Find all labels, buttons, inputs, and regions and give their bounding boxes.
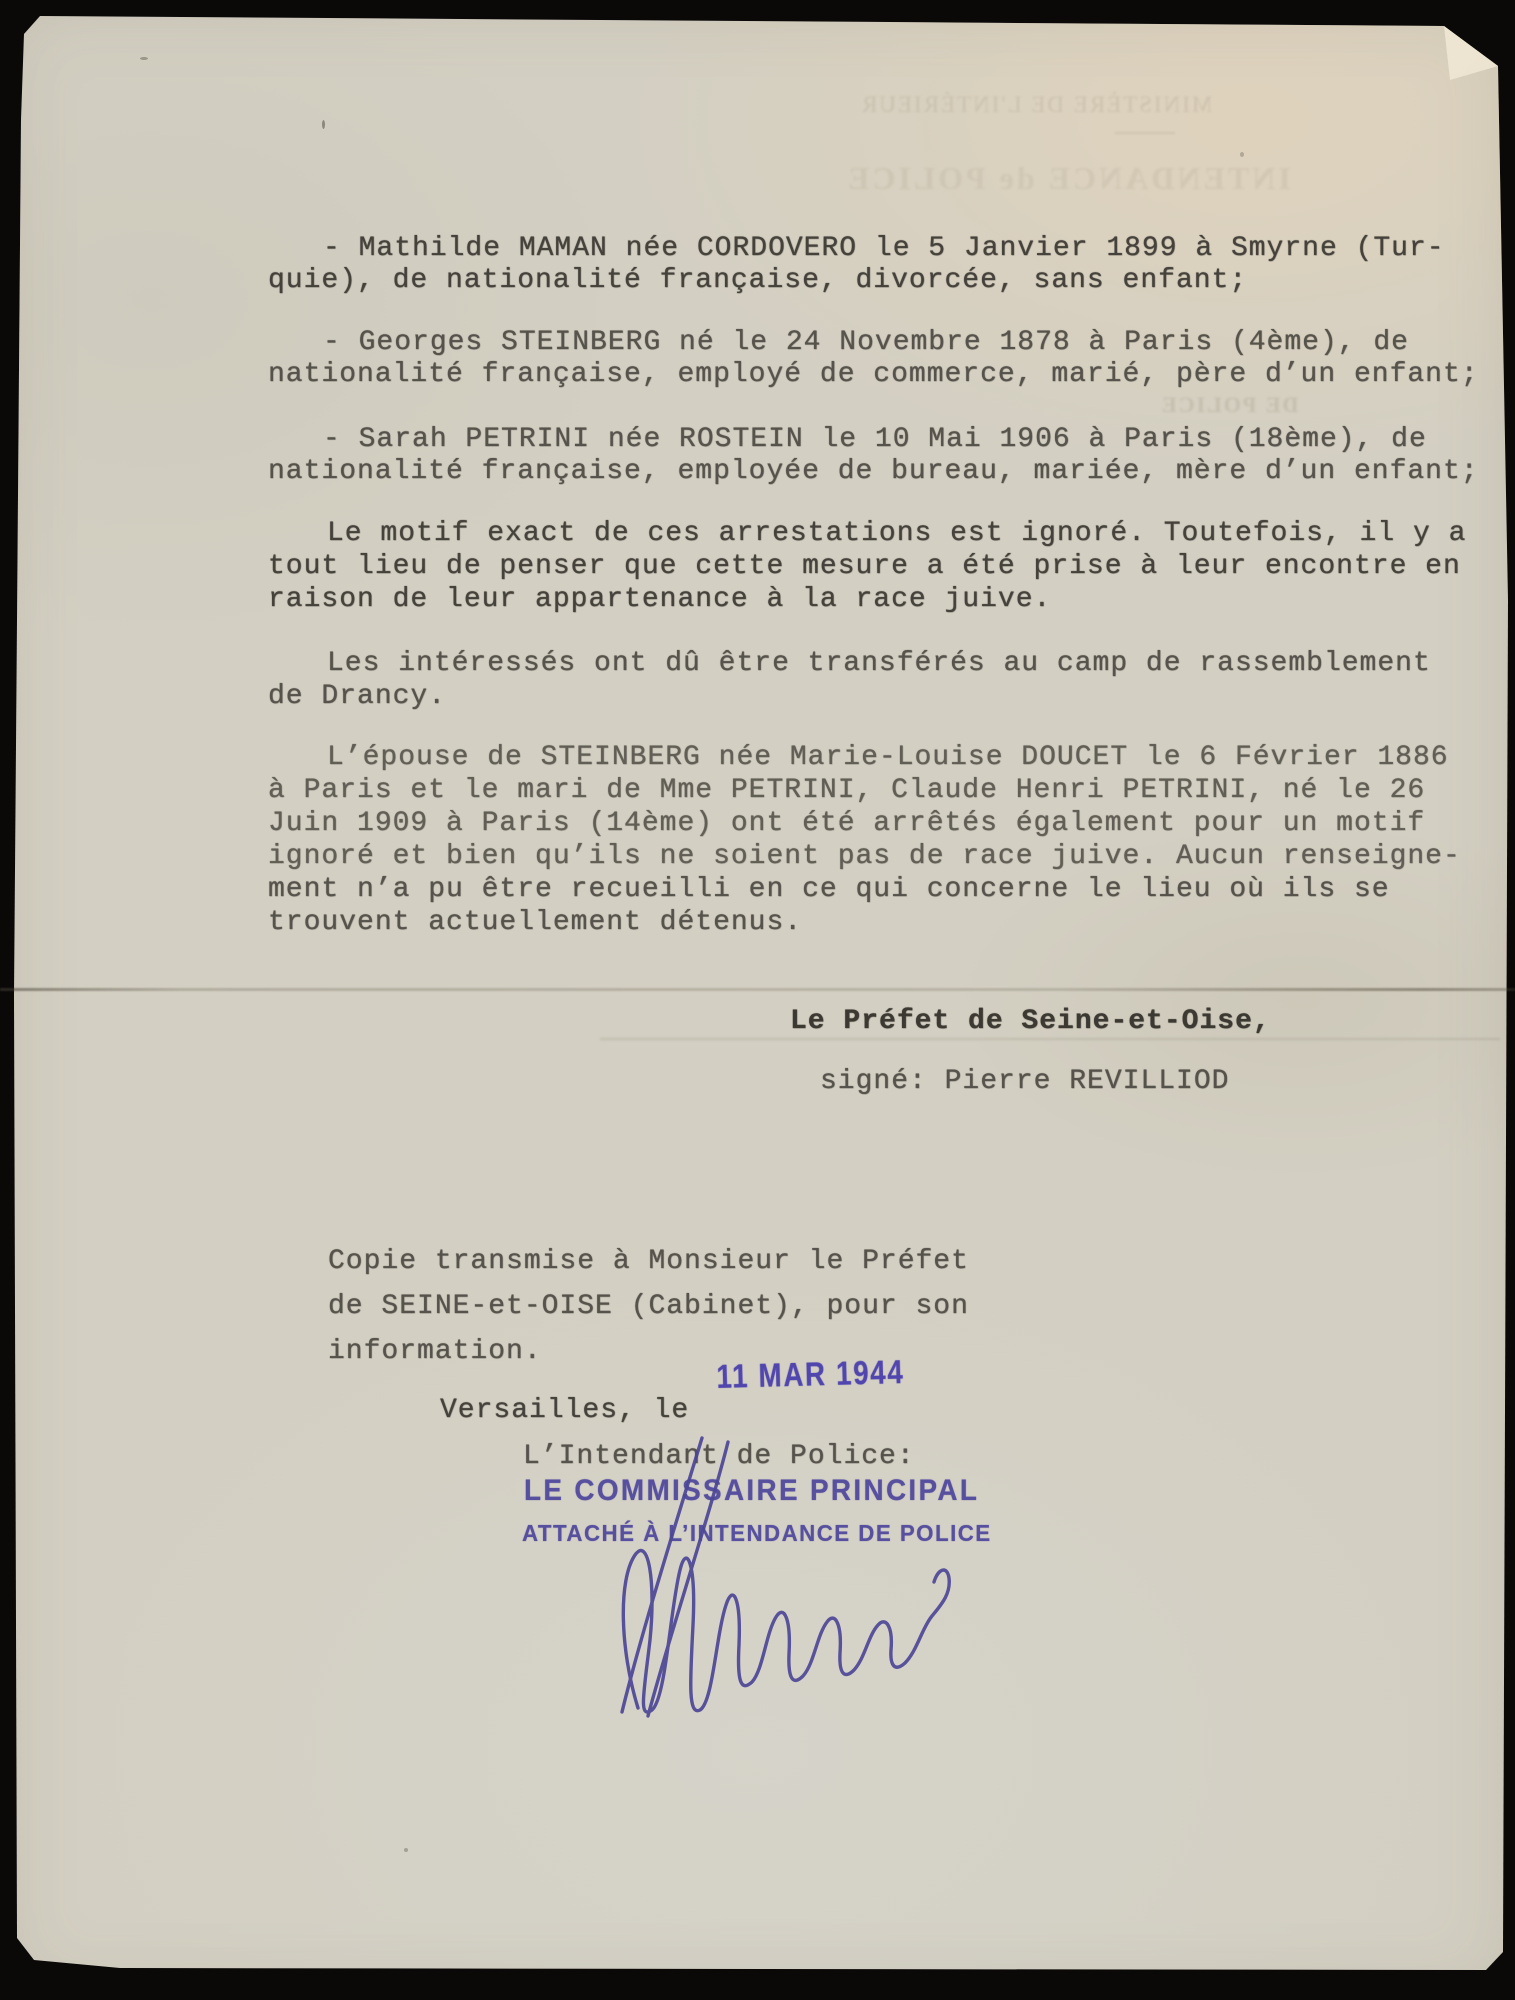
body-line: tout lieu de penser que cette mesure a é…	[268, 551, 1461, 583]
body-line: nationalité française, employé de commer…	[268, 359, 1479, 391]
body-line: Les intéressés ont dû être transférés au…	[327, 648, 1431, 680]
fold-crease-faint	[600, 1038, 1500, 1040]
bleedthrough-de-police: DE POLICE	[1160, 392, 1298, 418]
transmission-line: Copie transmise à Monsieur le Préfet	[328, 1246, 969, 1278]
body-line: Juin 1909 à Paris (14ème) ont été arrêté…	[268, 808, 1425, 840]
intendant-line: L’Intendant de Police:	[523, 1441, 915, 1473]
date-stamp: 11 MAR 1944	[716, 1353, 905, 1396]
body-line: Le motif exact de ces arrestations est i…	[327, 518, 1466, 550]
bleedthrough-intendance: INTENDANCE de POLICE	[845, 160, 1291, 197]
bleedthrough-ministere: MINISTÈRE DE L'INTÉRIEUR	[860, 92, 1212, 118]
body-line: quie), de nationalité française, divorcé…	[268, 265, 1247, 297]
scanned-document: MINISTÈRE DE L'INTÉRIEUR INTENDANCE de P…	[0, 0, 1515, 2000]
bleedthrough-underline	[1115, 132, 1175, 134]
transmission-line: de SEINE-et-OISE (Cabinet), pour son	[328, 1291, 969, 1323]
body-line: raison de leur appartenance à la race ju…	[268, 584, 1051, 616]
paper-sheet	[0, 0, 1515, 2000]
dust-speck	[140, 57, 148, 60]
intendance-stamp: ATTACHÉ À L’INTENDANCE DE POLICE	[522, 1520, 992, 1547]
body-line: ment n’a pu être recueilli en ce qui con…	[268, 874, 1390, 906]
closing-signed-line: signé: Pierre REVILLIOD	[820, 1066, 1229, 1098]
body-line: - Mathilde MAMAN née CORDOVERO le 5 Janv…	[323, 233, 1445, 265]
dust-speck	[404, 1848, 408, 1852]
closing-prefect-line: Le Préfet de Seine-et-Oise,	[790, 1006, 1271, 1038]
place-date-line: Versailles, le	[440, 1395, 689, 1427]
body-line: ignoré et bien qu’ils ne soient pas de r…	[268, 841, 1461, 873]
body-line: L’épouse de STEINBERG née Marie-Louise D…	[327, 742, 1449, 774]
dust-speck	[1240, 152, 1244, 157]
dust-speck	[322, 120, 325, 129]
body-line: de Drancy.	[268, 681, 446, 713]
body-line: trouvent actuellement détenus.	[268, 907, 802, 939]
commissaire-stamp: LE COMMISSAIRE PRINCIPAL	[524, 1474, 979, 1508]
body-line: - Georges STEINBERG né le 24 Novembre 18…	[323, 327, 1409, 359]
body-line: à Paris et le mari de Mme PETRINI, Claud…	[268, 775, 1425, 807]
transmission-line: information.	[328, 1336, 542, 1368]
body-line: - Sarah PETRINI née ROSTEIN le 10 Mai 19…	[323, 424, 1427, 456]
body-line: nationalité française, employée de burea…	[268, 456, 1479, 488]
